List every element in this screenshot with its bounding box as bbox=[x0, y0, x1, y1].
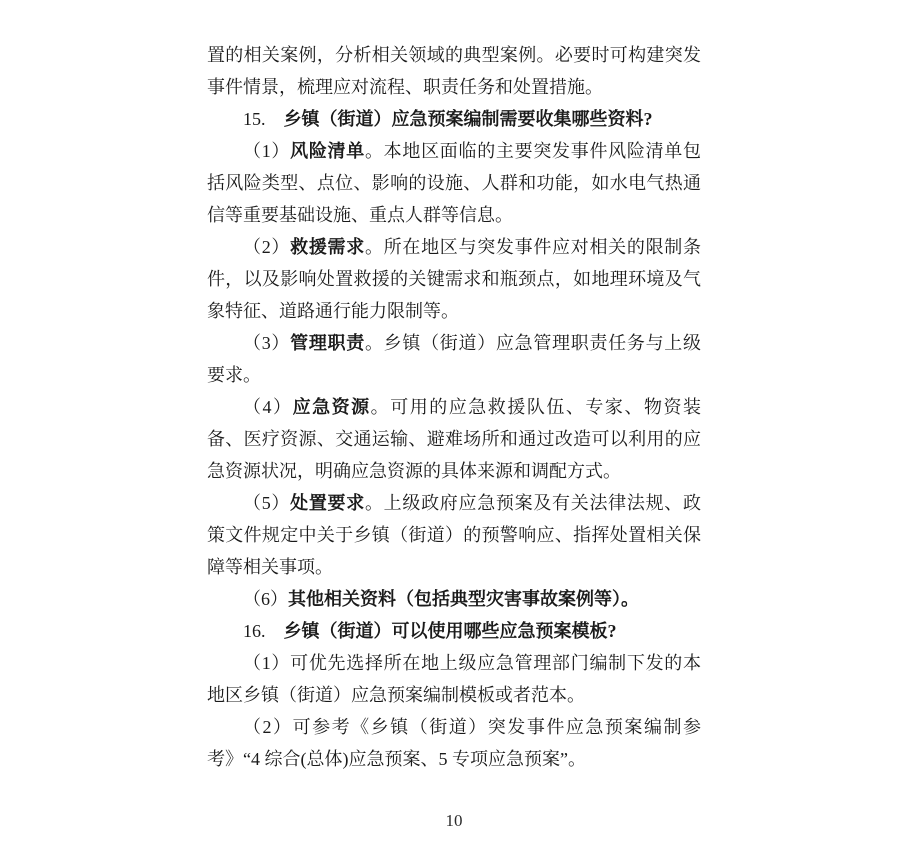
question-15-heading: 15. 乡镇（街道）应急预案编制需要收集哪些资料? bbox=[207, 103, 701, 135]
q16-item-2-reference-guide-text: （2）可参考《乡镇（街道）突发事件应急预案编制参考》“4 综合(总体)应急预案、… bbox=[207, 717, 701, 769]
para-continuation-case-analysis-text: 置的相关案例，分析相关领域的典型案例。必要时可构建突发事件情景，梳理应对流程、职… bbox=[207, 45, 701, 97]
item-4-emergency-resources: （4）应急资源。可用的应急救援队伍、专家、物资装备、医疗资源、交通运输、避难场所… bbox=[207, 391, 701, 487]
q16-item-1-local-templates: （1）可优先选择所在地上级应急管理部门编制下发的本地区乡镇（街道）应急预案编制模… bbox=[207, 647, 701, 711]
document-page: 置的相关案例，分析相关领域的典型案例。必要时可构建突发事件情景，梳理应对流程、职… bbox=[0, 0, 900, 858]
item-2-rescue-needs-text: （2） bbox=[243, 237, 290, 257]
item-3-management-duties-emphasis: 管理职责 bbox=[290, 333, 365, 353]
item-4-emergency-resources-text: （4） bbox=[243, 397, 293, 417]
page-body: 置的相关案例，分析相关领域的典型案例。必要时可构建突发事件情景，梳理应对流程、职… bbox=[207, 39, 701, 775]
item-1-risk-list-emphasis: 风险清单 bbox=[290, 141, 365, 161]
q16-item-2-reference-guide: （2）可参考《乡镇（街道）突发事件应急预案编制参考》“4 综合(总体)应急预案、… bbox=[207, 711, 701, 775]
item-5-disposal-requirements-text: （5） bbox=[243, 493, 290, 513]
item-6-other-materials: （6）其他相关资料（包括典型灾害事故案例等）。 bbox=[207, 583, 701, 615]
page-footer: 10 bbox=[207, 810, 701, 832]
item-5-disposal-requirements-emphasis: 处置要求 bbox=[290, 493, 365, 513]
question-15-heading-emphasis: 乡镇（街道）应急预案编制需要收集哪些资料? bbox=[284, 109, 653, 129]
page-number: 10 bbox=[446, 811, 463, 830]
question-16-heading-emphasis: 乡镇（街道）可以使用哪些应急预案模板? bbox=[284, 621, 617, 641]
item-6-other-materials-text: （6） bbox=[243, 589, 288, 609]
item-2-rescue-needs-emphasis: 救援需求 bbox=[290, 237, 365, 257]
item-4-emergency-resources-emphasis: 应急资源 bbox=[293, 397, 371, 417]
item-3-management-duties: （3）管理职责。乡镇（街道）应急管理职责任务与上级要求。 bbox=[207, 327, 701, 391]
item-5-disposal-requirements: （5）处置要求。上级政府应急预案及有关法律法规、政策文件规定中关于乡镇（街道）的… bbox=[207, 487, 701, 583]
question-16-heading: 16. 乡镇（街道）可以使用哪些应急预案模板? bbox=[207, 615, 701, 647]
question-16-heading-text: 16. bbox=[243, 621, 284, 641]
item-1-risk-list: （1）风险清单。本地区面临的主要突发事件风险清单包括风险类型、点位、影响的设施、… bbox=[207, 135, 701, 231]
item-6-other-materials-emphasis: 其他相关资料（包括典型灾害事故案例等）。 bbox=[288, 589, 639, 609]
item-3-management-duties-text: （3） bbox=[243, 333, 290, 353]
q16-item-1-local-templates-text: （1）可优先选择所在地上级应急管理部门编制下发的本地区乡镇（街道）应急预案编制模… bbox=[207, 653, 701, 705]
question-15-heading-text: 15. bbox=[243, 109, 284, 129]
item-2-rescue-needs: （2）救援需求。所在地区与突发事件应对相关的限制条件，以及影响处置救援的关键需求… bbox=[207, 231, 701, 327]
item-1-risk-list-text: （1） bbox=[243, 141, 290, 161]
para-continuation-case-analysis: 置的相关案例，分析相关领域的典型案例。必要时可构建突发事件情景，梳理应对流程、职… bbox=[207, 39, 701, 103]
